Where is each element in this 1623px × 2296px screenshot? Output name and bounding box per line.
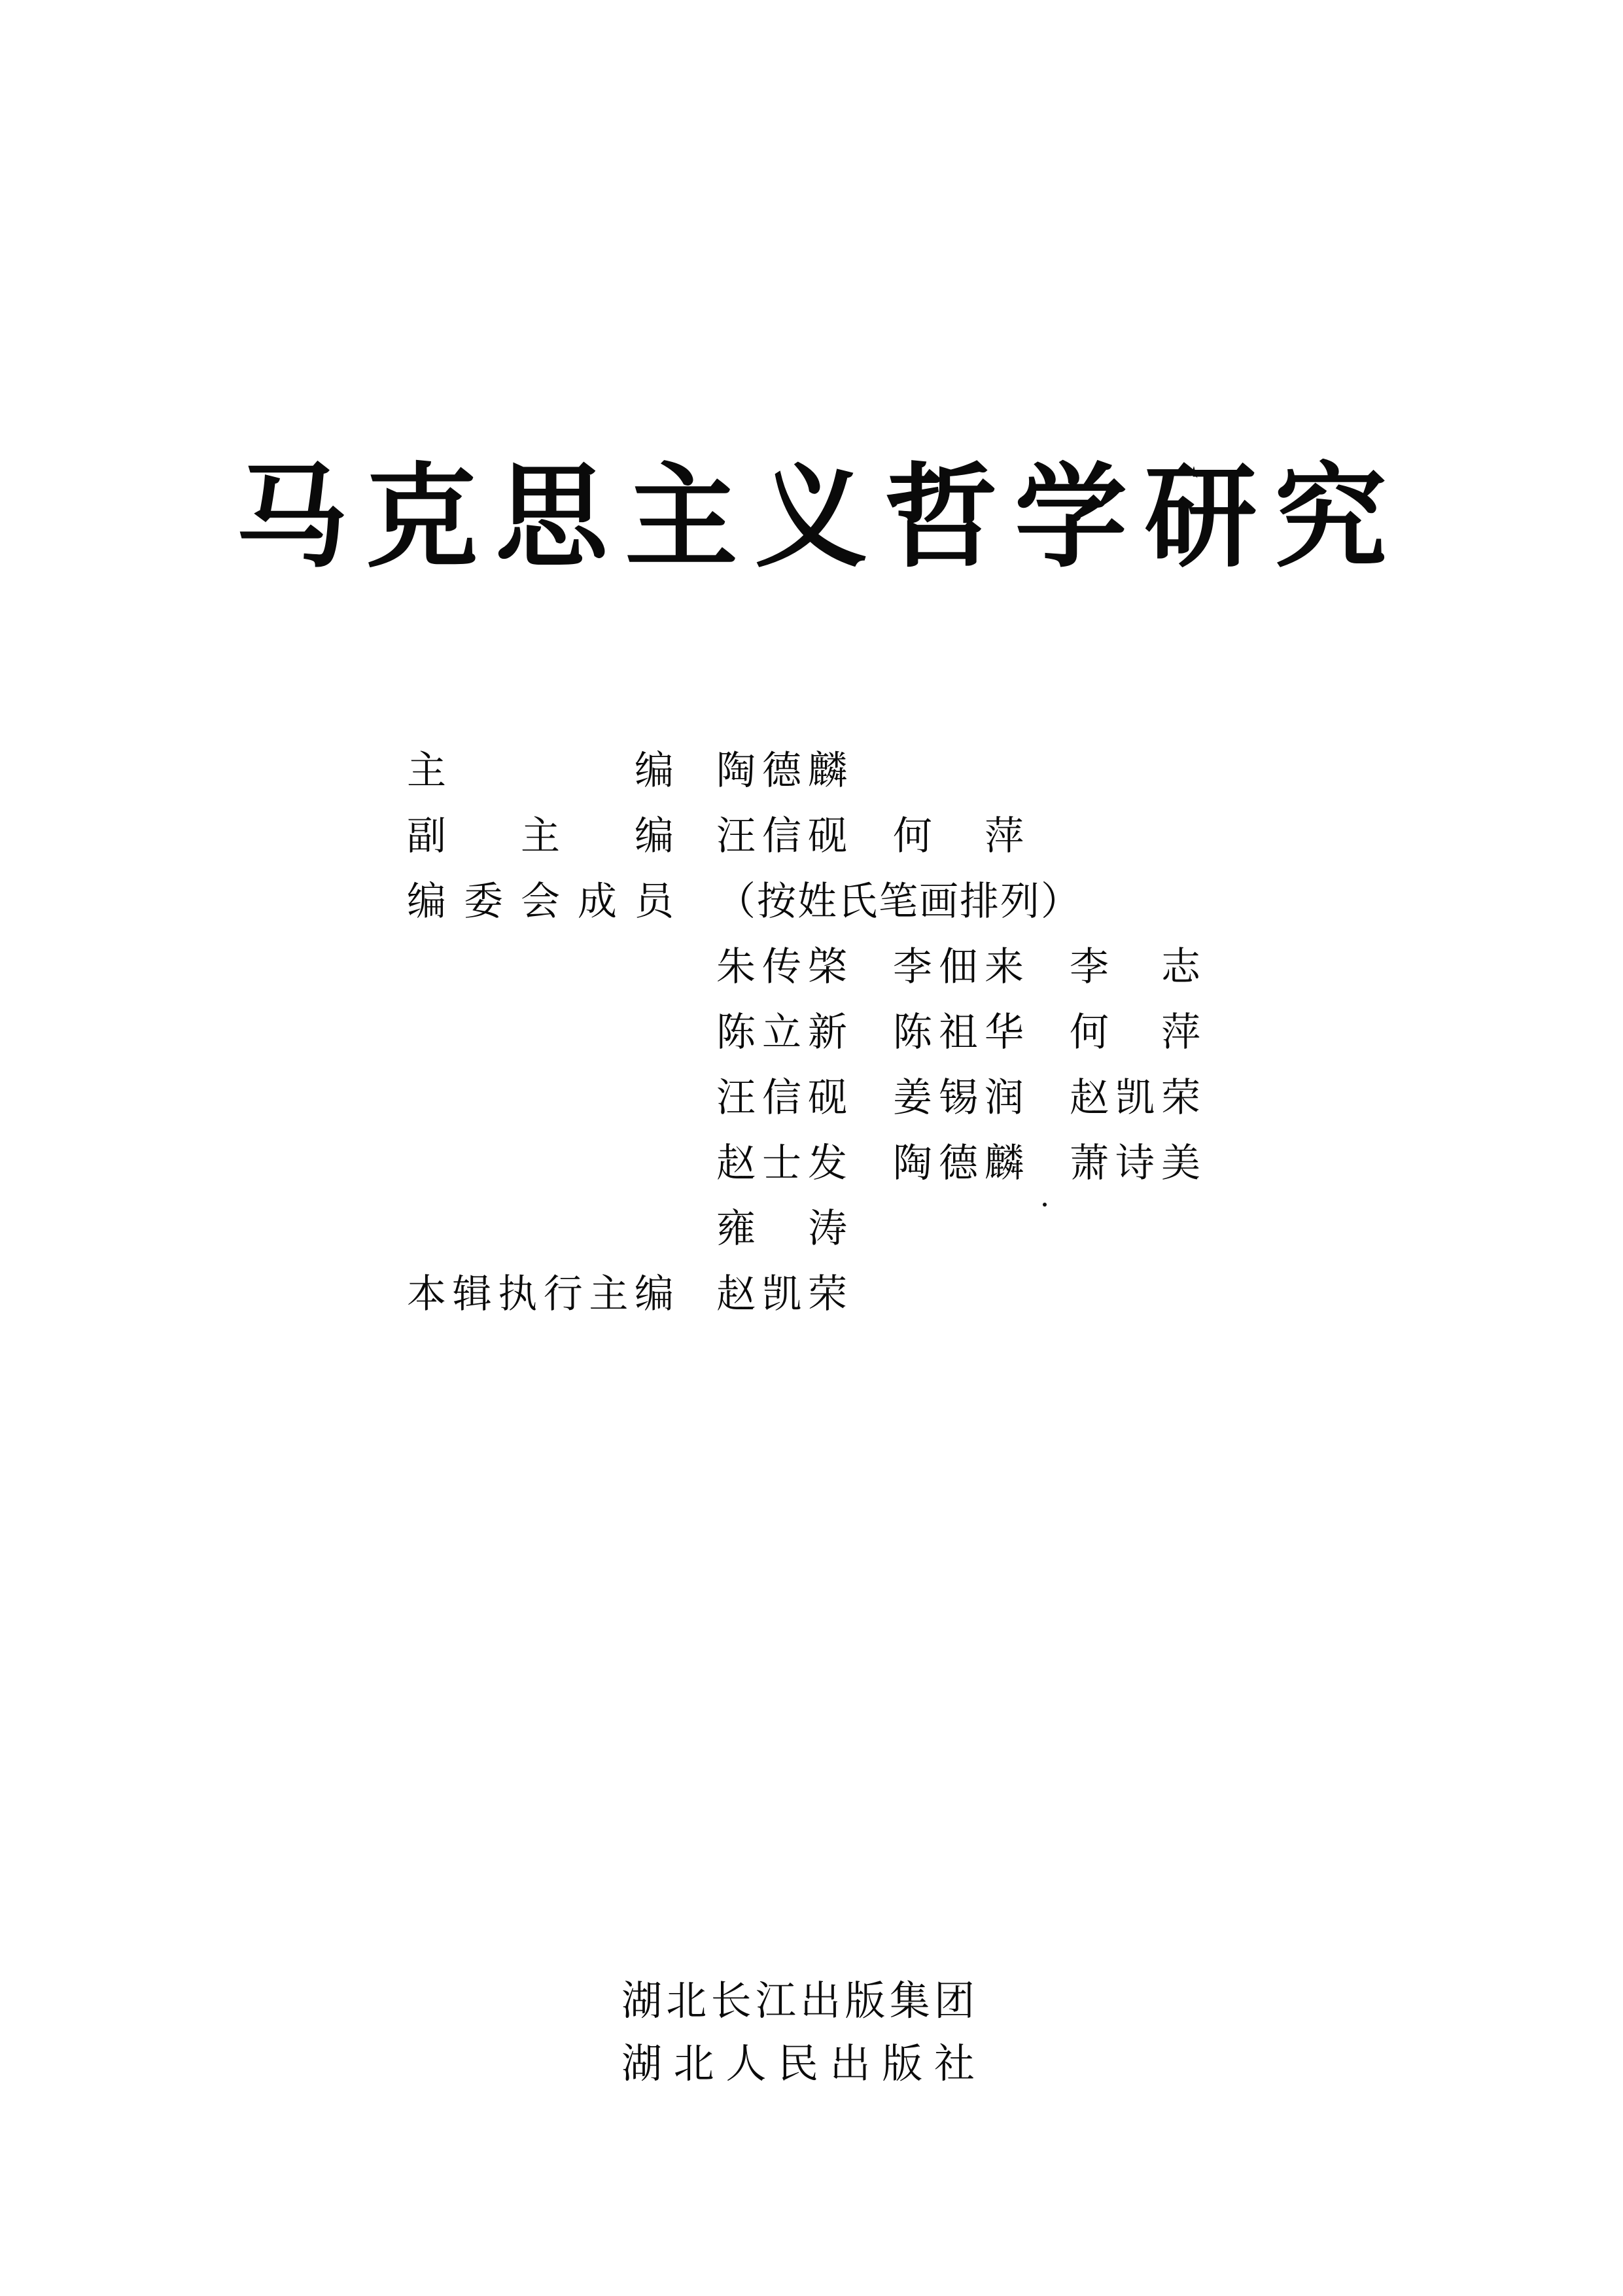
char: 员 [635,869,674,934]
char: 赵 [1070,1065,1109,1131]
char: 雍 [716,1196,756,1262]
char: 汪 [716,804,756,869]
char: 何 [893,804,932,869]
char: 信 [762,1065,801,1131]
person-name: 赵凯荣 [716,1262,847,1327]
char: 会 [521,869,560,934]
person-name: 朱传棨 [716,934,847,1000]
char: 究 [1274,461,1387,573]
char: 李 [1070,934,1109,1000]
char: 陈 [893,1000,932,1065]
member-names: 汪信砚姜锡润赵凯荣 [716,1065,1246,1131]
person-name: 李志 [1070,934,1200,1000]
char: 砚 [808,1065,847,1131]
char: 出 [800,1969,841,2032]
char: 汪 [716,1065,756,1131]
char: 本 [407,1262,446,1327]
book-title: 马克思主义哲学研究 [236,451,1387,582]
char: 义 [755,461,867,573]
char: 荣 [1161,1065,1200,1131]
person-name: 陈祖华 [893,1000,1024,1065]
chief-editor-label: 主编 [407,738,674,804]
deputy-chief-editor-row: 副主编 汪信砚何萍 [407,804,1246,869]
char: 版 [845,1969,885,2032]
char: 美 [1161,1131,1200,1196]
char: 华 [985,1000,1024,1065]
char: 湖 [621,2032,662,2095]
char: 李 [893,934,932,1000]
char: 陶 [716,738,756,804]
chief-editor-row: 主编 陶德麟 [407,738,1246,804]
editorial-board-row: 编委会成员 （按姓氏笔画排列） [407,869,1246,934]
editorial-board-label: 编委会成员 [407,869,674,934]
char: 诗 [1115,1131,1155,1196]
char: 信 [762,804,801,869]
char: 主 [625,461,738,573]
char: 德 [939,1131,978,1196]
char: 传 [762,934,801,1000]
char: 主 [589,1262,628,1327]
char: 陶 [893,1131,932,1196]
char: 哲 [885,461,998,573]
char: 长 [711,1969,752,2032]
person-name: 姜锡润 [893,1065,1024,1131]
editorial-board-note-wrap: （按姓氏笔画排列） [716,869,1081,934]
char: 锡 [939,1065,978,1131]
char: 佃 [939,934,978,1000]
publisher-group: 湖北长江出版集团 [621,1969,975,2032]
char: 社 [934,2032,975,2095]
member-row: 陈立新陈祖华何萍 [407,1000,1246,1065]
char: 发 [808,1131,847,1196]
char: 编 [635,738,674,804]
char: 北 [666,1969,707,2032]
char: 来 [985,934,1024,1000]
char: 编 [635,1262,674,1327]
char: 主 [407,738,446,804]
char: 团 [934,1969,975,2032]
char: 志 [1161,934,1200,1000]
char: 编 [407,869,446,934]
char: 萍 [985,804,1024,869]
chief-editor-names: 陶德麟 [716,738,893,804]
char: 赵 [716,1131,756,1196]
publisher-press: 湖北人民出版社 [621,2032,975,2095]
person-name: 汪信砚 [716,1065,847,1131]
char: 湖 [621,1969,662,2032]
char: 主 [521,804,560,869]
deputy-chief-editor-names: 汪信砚何萍 [716,804,1070,869]
char: 执 [498,1262,537,1327]
member-row: 雍涛 [407,1196,1246,1262]
person-name: 赵凯荣 [1070,1065,1200,1131]
char: 版 [882,2032,922,2095]
executive-editor-names: 赵凯荣 [716,1262,893,1327]
char: 荣 [808,1262,847,1327]
char: 马 [236,461,348,573]
executive-editor-label: 本辑执行主编 [407,1262,674,1327]
char: 立 [762,1000,801,1065]
char: 萍 [1161,1000,1200,1065]
member-names: 陈立新陈祖华何萍 [716,1000,1246,1065]
char: 涛 [808,1196,847,1262]
person-name: 赵士发 [716,1131,847,1196]
deputy-chief-editor-label: 副主编 [407,804,674,869]
char: 陈 [716,1000,756,1065]
editorial-board-note: （按姓氏笔画排列） [716,869,1081,934]
char: 赵 [716,1262,756,1327]
executive-editor-row: 本辑执行主编 赵凯荣 [407,1262,1246,1327]
char: 麟 [985,1131,1024,1196]
char: 麟 [808,738,847,804]
person-name: 李佃来 [893,934,1024,1000]
scan-speck [1043,1203,1047,1207]
char: 克 [366,461,478,573]
char: 委 [464,869,503,934]
char: 民 [778,2032,818,2095]
char: 凯 [762,1262,801,1327]
char: 江 [756,1969,796,2032]
char: 思 [495,461,608,573]
char: 人 [725,2032,766,2095]
char: 何 [1070,1000,1109,1065]
person-name: 萧诗美 [1070,1131,1200,1196]
char: 棨 [808,934,847,1000]
member-names: 赵士发陶德麟萧诗美 [716,1131,1246,1196]
char: 德 [762,738,801,804]
char: 研 [1145,461,1257,573]
title-page: 马克思主义哲学研究 主编 陶德麟 副主编 汪信砚何萍 编委会成员 （按姓氏笔画排… [0,0,1623,2296]
char: 朱 [716,934,756,1000]
person-name: 陶德麟 [716,738,847,804]
char: 祖 [939,1000,978,1065]
member-names: 雍涛 [716,1196,893,1262]
char: 编 [635,804,674,869]
char: 润 [985,1065,1024,1131]
person-name: 陶德麟 [893,1131,1024,1196]
char: 学 [1015,461,1127,573]
member-row: 汪信砚姜锡润赵凯荣 [407,1065,1246,1131]
editorial-board-members: 朱传棨李佃来李志陈立新陈祖华何萍汪信砚姜锡润赵凯荣赵士发陶德麟萧诗美雍涛 [407,934,1246,1262]
char: 副 [407,804,446,869]
member-row: 赵士发陶德麟萧诗美 [407,1131,1246,1196]
publishers-block: 湖北长江出版集团 湖北人民出版社 [621,1969,975,2095]
member-row: 朱传棨李佃来李志 [407,934,1246,1000]
credits-block: 主编 陶德麟 副主编 汪信砚何萍 编委会成员 （按姓氏笔画排列） 朱传棨李佃来李… [407,738,1246,1327]
char: 凯 [1115,1065,1155,1131]
person-name: 雍涛 [716,1196,847,1262]
member-names: 朱传棨李佃来李志 [716,934,1246,1000]
char: 集 [890,1969,930,2032]
char: 辑 [453,1262,492,1327]
char: 姜 [893,1065,932,1131]
char: 行 [544,1262,583,1327]
char: 出 [830,2032,871,2095]
person-name: 汪信砚 [716,804,847,869]
char: 成 [578,869,617,934]
char: 士 [762,1131,801,1196]
person-name: 何萍 [1070,1000,1200,1065]
char: 北 [674,2032,714,2095]
person-name: 陈立新 [716,1000,847,1065]
person-name: 何萍 [893,804,1024,869]
char: 新 [808,1000,847,1065]
char: 萧 [1070,1131,1109,1196]
char: 砚 [808,804,847,869]
